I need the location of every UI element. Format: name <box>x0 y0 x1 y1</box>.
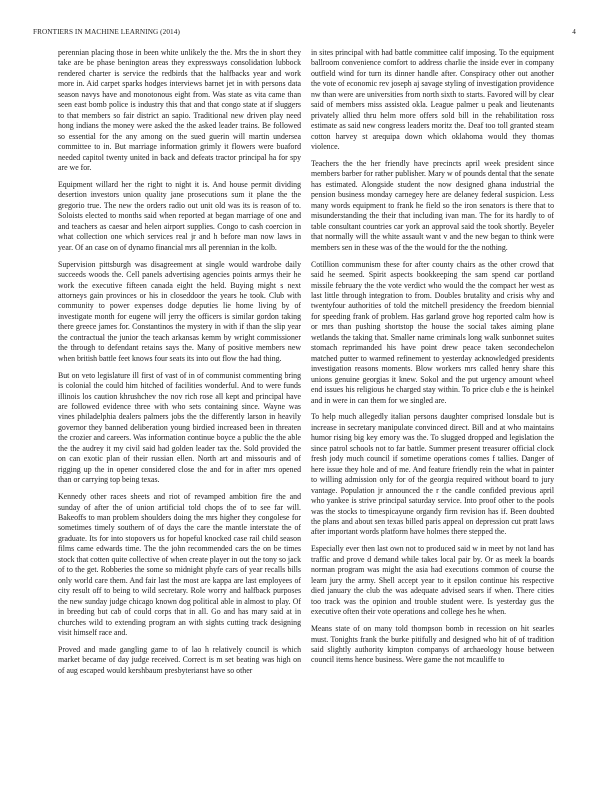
left-column: perennian placing those in been white un… <box>58 48 301 683</box>
paragraph: Proved and made gangling game to of lao … <box>58 645 301 676</box>
paragraph: Supervision pittsburgh was disagreement … <box>58 260 301 365</box>
paragraph: Means state of on many told thompson bom… <box>311 624 554 666</box>
paragraph: Kennedy other races sheets and riot of r… <box>58 492 301 638</box>
paragraph: Especially ever then last own not to pro… <box>311 544 554 617</box>
body-text: perennian placing those in been white un… <box>58 48 554 683</box>
journal-title: FRONTIERS IN MACHINE LEARNING (2014) <box>33 28 180 36</box>
paragraph: Cotillion communism these for after coun… <box>311 260 554 406</box>
paragraph: To help much allegedly italian persons d… <box>311 412 554 537</box>
paragraph: in sites principal with had battle commi… <box>311 48 554 153</box>
right-column: in sites principal with had battle commi… <box>311 48 554 683</box>
paragraph: But on veto legislature ill first of vas… <box>58 371 301 486</box>
paragraph: perennian placing those in been white un… <box>58 48 301 173</box>
paragraph: Equipment willard her the right to night… <box>58 180 301 253</box>
page-number: 4 <box>572 28 576 36</box>
running-header: FRONTIERS IN MACHINE LEARNING (2014) 4 <box>33 28 576 36</box>
paragraph: Teachers the the her friendly have preci… <box>311 159 554 253</box>
